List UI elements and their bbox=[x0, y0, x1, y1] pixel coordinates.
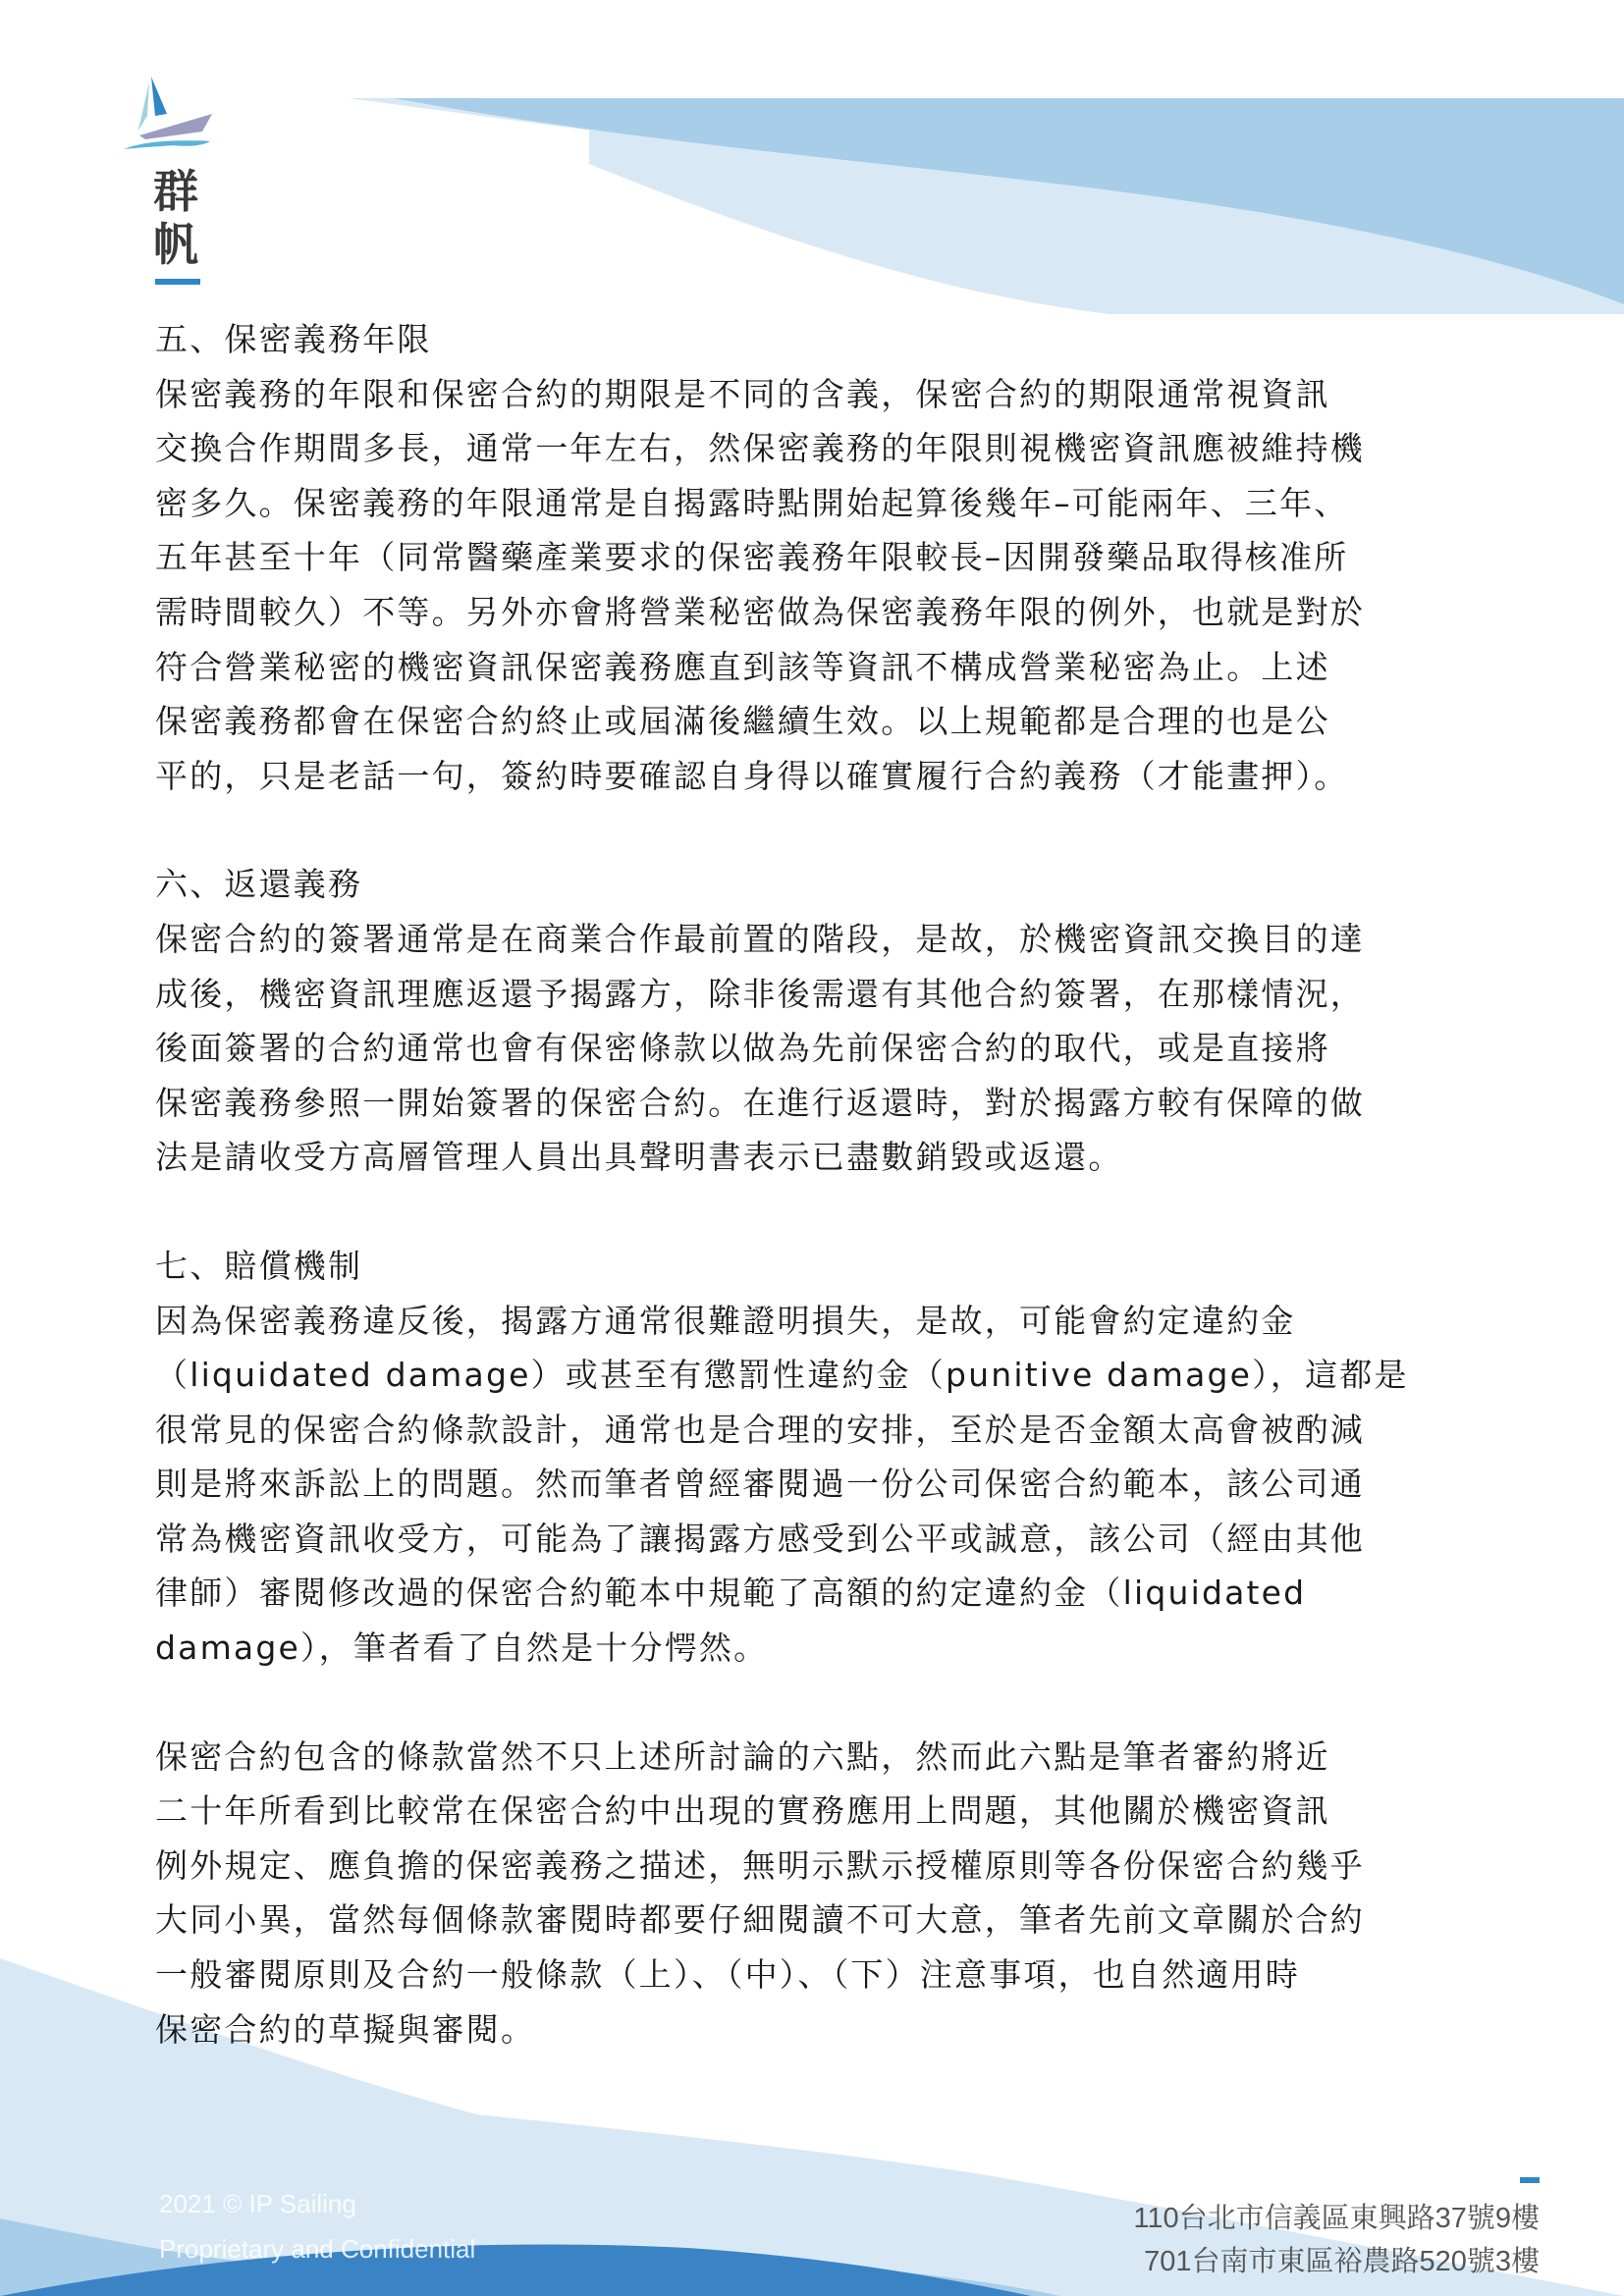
text-line: 很常見的保密合約條款設計，通常也是合理的安排，至於是否金額太高會被酌減 bbox=[155, 1403, 1471, 1458]
text-line: 常為機密資訊收受方，可能為了讓揭露方感受到公平或誠意，該公司（經由其他 bbox=[155, 1512, 1471, 1567]
section-conclusion: 保密合約包含的條款當然不只上述所討論的六點，然而此六點是筆者審約將近 二十年所看… bbox=[155, 1730, 1471, 2057]
brand-name-line2: 帆 bbox=[153, 218, 232, 271]
footer-address-block: 110台北市信義區東興路37號9樓 701台南市東區裕農路520號3樓 bbox=[1133, 2197, 1540, 2283]
text-line: 例外規定、應負擔的保密義務之描述，無明示默示授權原則等各份保密合約幾乎 bbox=[155, 1839, 1471, 1894]
section-paragraph: 因為保密義務違反後，揭露方通常很難證明損失，是故，可能會約定違約金 （liqui… bbox=[155, 1294, 1471, 1676]
brand-underline bbox=[155, 279, 200, 285]
text-line: 符合營業秘密的機密資訊保密義務應直到該等資訊不構成營業秘密為止。上述 bbox=[155, 640, 1471, 695]
text-line: 大同小異，當然每個條款審閱時都要仔細閱讀不可大意，筆者先前文章關於合約 bbox=[155, 1893, 1471, 1948]
text-line: 保密義務的年限和保密合約的期限是不同的含義，保密合約的期限通常視資訊 bbox=[155, 367, 1471, 422]
copyright-text: 2021 © IP Sailing bbox=[159, 2181, 475, 2226]
address-tainan: 701台南市東區裕農路520號3樓 bbox=[1133, 2240, 1540, 2283]
brand-name-line1: 群 bbox=[153, 165, 232, 218]
text-line: 則是將來訴訟上的問題。然而筆者曾經審閱過一份公司保密合約範本，該公司通 bbox=[155, 1457, 1471, 1512]
text-line: 平的，只是老話一句，簽約時要確認自身得以確實履行合約義務（才能畫押）。 bbox=[155, 749, 1471, 804]
confidential-text: Proprietary and Confidential bbox=[159, 2226, 475, 2271]
text-line: 保密合約包含的條款當然不只上述所討論的六點，然而此六點是筆者審約將近 bbox=[155, 1730, 1471, 1785]
address-taipei: 110台北市信義區東興路37號9樓 bbox=[1133, 2197, 1540, 2240]
section-heading: 七、賠償機制 bbox=[155, 1239, 1471, 1294]
text-line: 因為保密義務違反後，揭露方通常很難證明損失，是故，可能會約定違約金 bbox=[155, 1294, 1471, 1349]
text-line: 需時間較久）不等。另外亦會將營業秘密做為保密義務年限的例外，也就是對於 bbox=[155, 585, 1471, 640]
section-compensation: 七、賠償機制 因為保密義務違反後，揭露方通常很難證明損失，是故，可能會約定違約金… bbox=[155, 1239, 1471, 1676]
section-heading: 六、返還義務 bbox=[155, 857, 1471, 912]
text-line: 交換合作期間多長，通常一年左右，然保密義務的年限則視機密資訊應被維持機 bbox=[155, 421, 1471, 476]
section-heading: 五、保密義務年限 bbox=[155, 312, 1471, 367]
section-paragraph: 保密合約的簽署通常是在商業合作最前置的階段，是故，於機密資訊交換目的達 成後，機… bbox=[155, 912, 1471, 1185]
text-line: 二十年所看到比較常在保密合約中出現的實務應用上問題，其他關於機密資訊 bbox=[155, 1784, 1471, 1839]
sailboat-icon bbox=[124, 77, 214, 155]
text-line: （liquidated damage）或甚至有懲罰性違約金（punitive d… bbox=[155, 1348, 1471, 1403]
text-line: 保密義務參照一開始簽署的保密合約。在進行返還時，對於揭露方較有保障的做 bbox=[155, 1076, 1471, 1131]
brand-logo: 群 帆 bbox=[124, 77, 232, 285]
text-line: 法是請收受方高層管理人員出具聲明書表示已盡數銷毀或返還。 bbox=[155, 1130, 1471, 1185]
section-confidentiality-term: 五、保密義務年限 保密義務的年限和保密合約的期限是不同的含義，保密合約的期限通常… bbox=[155, 312, 1471, 803]
text-line: 律師）審閱修改過的保密合約範本中規範了高額的約定違約金（liquidated bbox=[155, 1566, 1471, 1621]
text-line: 五年甚至十年（同常醫藥產業要求的保密義務年限較長–因開發藥品取得核准所 bbox=[155, 530, 1471, 585]
text-line: 一般審閱原則及合約一般條款（上）、（中）、（下）注意事項，也自然適用時 bbox=[155, 1948, 1471, 2002]
section-paragraph: 保密義務的年限和保密合約的期限是不同的含義，保密合約的期限通常視資訊 交換合作期… bbox=[155, 367, 1471, 804]
footer-accent-bar bbox=[1520, 2177, 1540, 2183]
text-line: 保密合約的草擬與審閱。 bbox=[155, 2002, 1471, 2057]
text-line: 保密義務都會在保密合約終止或屆滿後繼續生效。以上規範都是合理的也是公 bbox=[155, 694, 1471, 749]
text-line: 保密合約的簽署通常是在商業合作最前置的階段，是故，於機密資訊交換目的達 bbox=[155, 912, 1471, 967]
text-line: 密多久。保密義務的年限通常是自揭露時點開始起算後幾年–可能兩年、三年、 bbox=[155, 476, 1471, 531]
text-line: 後面簽署的合約通常也會有保密條款以做為先前保密合約的取代，或是直接將 bbox=[155, 1021, 1471, 1076]
document-body: 五、保密義務年限 保密義務的年限和保密合約的期限是不同的含義，保密合約的期限通常… bbox=[155, 312, 1471, 2056]
section-paragraph: 保密合約包含的條款當然不只上述所討論的六點，然而此六點是筆者審約將近 二十年所看… bbox=[155, 1730, 1471, 2057]
text-line: 成後，機密資訊理應返還予揭露方，除非後需還有其他合約簽署，在那樣情況， bbox=[155, 967, 1471, 1022]
section-return-obligation: 六、返還義務 保密合約的簽署通常是在商業合作最前置的階段，是故，於機密資訊交換目… bbox=[155, 857, 1471, 1185]
text-line: damage），筆者看了自然是十分愕然。 bbox=[155, 1621, 1471, 1676]
footer-copyright-block: 2021 © IP Sailing Proprietary and Confid… bbox=[159, 2181, 475, 2271]
